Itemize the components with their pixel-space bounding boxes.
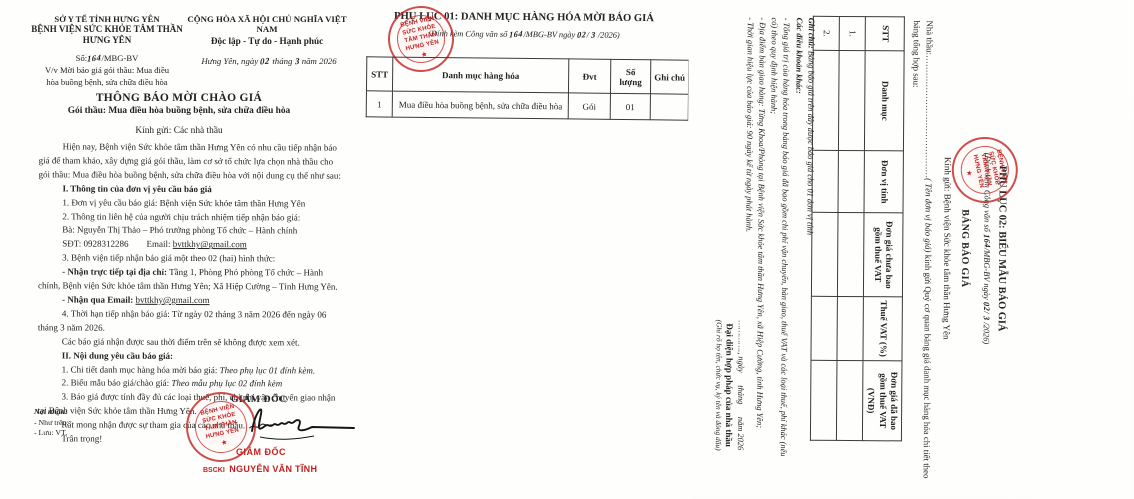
- cell-thue-vat: [837, 296, 863, 360]
- term-1: - Tổng giá trị của hàng hóa trong bảng b…: [765, 17, 793, 459]
- email-label: Email:: [147, 239, 171, 249]
- appendix2-salutation: Kính gửi: Bệnh viện Sức khỏe tâm thần Hư…: [941, 0, 954, 498]
- org-parent: SỞ Y TẾ TỈNH HƯNG YÊN: [28, 14, 186, 24]
- table-header-row: STT Danh mục Đơn vị tính Đơn giá chưa ba…: [863, 17, 905, 441]
- col-header-dvt: Đvt: [568, 59, 610, 93]
- handwritten-month: 3: [295, 56, 300, 66]
- page-appendix2: PHỤ LỤC 02: BIỂU MẪU BÁO GIÁ (Đính kèm C…: [686, 0, 1133, 499]
- rotated-page-region: PHỤ LỤC 02: BIỂU MẪU BÁO GIÁ (Đính kèm C…: [690, 0, 1134, 499]
- org-name: BỆNH VIỆN SỨC KHỎE TÂM THẦN HƯNG YÊN: [28, 24, 186, 47]
- section1-title: I. Thông tin của đơn vị yêu cầu báo giá: [38, 182, 346, 197]
- section1-item1: 1. Đơn vị yêu cầu báo giá: Bệnh viện Sức…: [38, 196, 346, 211]
- footer-date-line: …………., ngày tháng năm 2026: [736, 295, 746, 475]
- col-header-danh-muc: Danh mục: [865, 51, 904, 151]
- director-signature: [238, 400, 358, 444]
- recipients-block: Nơi nhận: - Như trên; - Lưu: VT.: [34, 407, 69, 439]
- page-main-notice: SỞ Y TẾ TỈNH HƯNG YÊN BỆNH VIỆN SỨC KHỎE…: [0, 0, 358, 499]
- cell-don-gia-da-vat: [811, 360, 838, 440]
- cell-thue-vat: [811, 296, 837, 360]
- table-row: 1 Mua điều hòa buồng bệnh, sửa chữa điều…: [366, 91, 688, 120]
- cell-don-vi-tinh: [838, 150, 864, 212]
- contact-person: Bà: Nguyễn Thị Thảo – Phó trưởng phòng T…: [38, 224, 346, 239]
- quote-form-table: STT Danh mục Đơn vị tính Đơn giá chưa ba…: [810, 16, 905, 442]
- handwritten-number: 164: [87, 51, 102, 64]
- document-number-block: Số:164/MBG-BV V/v Mời báo giá gói thầu: …: [28, 52, 186, 88]
- col-header-stt: STT: [865, 17, 904, 51]
- email-address-2: bvttkhy@gmail.com: [135, 295, 209, 305]
- national-motto-block: CỘNG HÒA XÃ HỘI CHỦ NGHĨA VIỆT NAM Độc l…: [186, 14, 348, 46]
- page-appendix1: PHỤ LỤC 01: DANH MỤC HÀNG HÓA MỜI BÁO GI…: [358, 0, 690, 499]
- table-header-row: STT Danh mục hàng hóa Đvt Số lượng Ghi c…: [366, 57, 688, 94]
- handwritten-day: 02: [981, 302, 991, 312]
- cell-stt: 1: [366, 91, 392, 117]
- cell-stt: 1.: [839, 16, 865, 50]
- col-header-don-vi-tinh: Đơn vị tính: [864, 151, 903, 213]
- goods-list-table: STT Danh mục hàng hóa Đvt Số lượng Ghi c…: [366, 56, 690, 120]
- section2-title: II. Nội dung yêu cầu báo giá:: [38, 349, 346, 364]
- intro-paragraph: Hiện nay, Bệnh viện Sức khỏe tâm thần Hư…: [38, 140, 346, 183]
- receive-method-1: - Nhận trực tiếp tại địa chỉ: Tầng 1, Ph…: [38, 265, 346, 294]
- quote-table-title: BẢNG BÁO GIÁ: [958, 0, 972, 498]
- footer-representative: Đại diện hợp pháp của nhà thầu: [724, 295, 735, 475]
- page-title: THÔNG BÁO MỜI CHÀO GIÁ: [0, 92, 358, 104]
- section2-item2: 2. Biểu mẫu báo giá/chào giá: Theo mẫu p…: [38, 377, 346, 392]
- handwritten-number: 164: [509, 29, 523, 39]
- hospital-round-stamp: BỆNH VIỆN SỨC KHỎE TÂM THẦN HƯNG YÊN ★: [946, 131, 1024, 209]
- cell-stt: 2.: [813, 16, 839, 50]
- email-address: bvttkhy@gmail.com: [173, 239, 247, 249]
- cell-don-gia-da-vat: [837, 360, 864, 440]
- col-header-stt: STT: [366, 57, 392, 91]
- recipient-2: - Lưu: VT.: [34, 428, 69, 439]
- document-number: Số:164/MBG-BV: [28, 52, 186, 64]
- section1-item3: 3. Bệnh viện tiếp nhận báo giá một theo …: [38, 252, 346, 267]
- handwritten-month: 3: [982, 315, 991, 320]
- handwritten-number: 164: [982, 234, 992, 248]
- appendix2-title: PHỤ LỤC 02: BIỂU MẪU BÁO GIÁ: [995, 0, 1009, 498]
- section1-item2: 2. Thông tin liên hệ của người chịu trác…: [38, 210, 346, 225]
- appendix2-notes: Ghi chú: Bảng báo giá trên đây được báo …: [740, 17, 817, 460]
- signer-name: BSCKI NGUYỄN VĂN TĨNH: [203, 459, 363, 477]
- recipient-1: - Như trên;: [34, 418, 69, 429]
- cell-danh-muc: [839, 50, 866, 150]
- section2-item1: 1. Chi tiết danh mục hàng hóa mời báo gi…: [38, 363, 346, 378]
- issuing-org-block: SỞ Y TẾ TỈNH HƯNG YÊN BỆNH VIỆN SỨC KHỎE…: [28, 14, 186, 47]
- cell-danh-muc: Mua điều hòa buồng bệnh, sửa chữa điều h…: [392, 91, 568, 119]
- recipients-title: Nơi nhận:: [34, 407, 69, 418]
- receive-method-2: - Nhận qua Email: bvttkhy@gmail.com: [38, 293, 346, 308]
- cell-danh-muc: [813, 50, 840, 150]
- signer-degree: BSCKI: [203, 467, 225, 474]
- table-row: 1.: [837, 16, 866, 440]
- footer-signing-note: (Ghi rõ họ tên, chức vụ, ký tên và đóng …: [714, 295, 724, 475]
- section1-item4: 4. Thời hạn tiếp nhận báo giá: Từ ngày 0…: [38, 307, 346, 336]
- col-header-don-gia-chua-vat: Đơn giá chưa bao gồm thuế VAT: [864, 213, 903, 297]
- contractor-line: Nhà thầu:……………………………………( Tên đơn vị báo …: [907, 20, 936, 478]
- col-header-so-luong: Số lượng: [610, 59, 650, 93]
- national-motto: Độc lập - Tự do - Hạnh phúc: [186, 36, 348, 46]
- phone-number: SĐT: 0928312286: [62, 239, 128, 249]
- scanned-document-canvas: SỞ Y TẾ TỈNH HƯNG YÊN BỆNH VIỆN SỨC KHỎE…: [0, 0, 1134, 499]
- deadline-note: Các báo giá nhận được sau thời điểm trên…: [38, 335, 346, 350]
- col-header-don-gia-da-vat: Đơn giá đã bao gồm thuế VAT (VNĐ): [863, 361, 902, 441]
- cell-don-vi-tinh: [812, 150, 838, 212]
- star-icon: ★: [221, 439, 229, 447]
- col-header-danh-muc: Danh mục hàng hóa: [392, 57, 568, 93]
- star-icon: ★: [965, 169, 973, 177]
- salutation: Kính gửi: Các nhà thầu: [0, 126, 358, 136]
- appendix2-signature-block: …………., ngày tháng năm 2026 Đại diện hợp …: [714, 295, 746, 475]
- cell-dvt: Gói: [568, 93, 610, 119]
- appendix2-subtitle: (Đính kèm Công văn số 164/MBG-BV ngày 02…: [981, 0, 993, 498]
- handwritten-day: 02: [260, 56, 270, 67]
- contact-phone-email: SĐT: 0928312286Email: bvttkhy@gmail.com: [38, 238, 346, 253]
- handwritten-month: 3: [591, 30, 596, 39]
- subject-line-1: V/v Mời báo giá gói thầu: Mua điều: [28, 64, 186, 76]
- cell-don-gia-chua-vat: [812, 212, 839, 296]
- cell-don-gia-chua-vat: [838, 212, 865, 296]
- subject-line-2: hòa buồng bệnh, sửa chữa điều hòa: [28, 76, 186, 88]
- place-date-line: Hưng Yên, ngày 02 tháng 3 năm 2026: [186, 56, 352, 66]
- signer-title-red: GIÁM ĐỐC: [236, 447, 286, 457]
- cell-so-luong: 01: [610, 93, 650, 119]
- handwritten-day: 02: [577, 30, 587, 40]
- col-header-ghi-chu: Ghi chú: [650, 60, 688, 94]
- col-header-thue-vat: Thuế VAT (%): [863, 297, 902, 361]
- national-title: CỘNG HÒA XÃ HỘI CHỦ NGHĨA VIỆT NAM: [186, 14, 348, 34]
- page-subtitle: Gói thầu: Mua điều hòa buồng bệnh, sửa c…: [0, 106, 358, 116]
- cell-ghi-chu: [650, 94, 688, 120]
